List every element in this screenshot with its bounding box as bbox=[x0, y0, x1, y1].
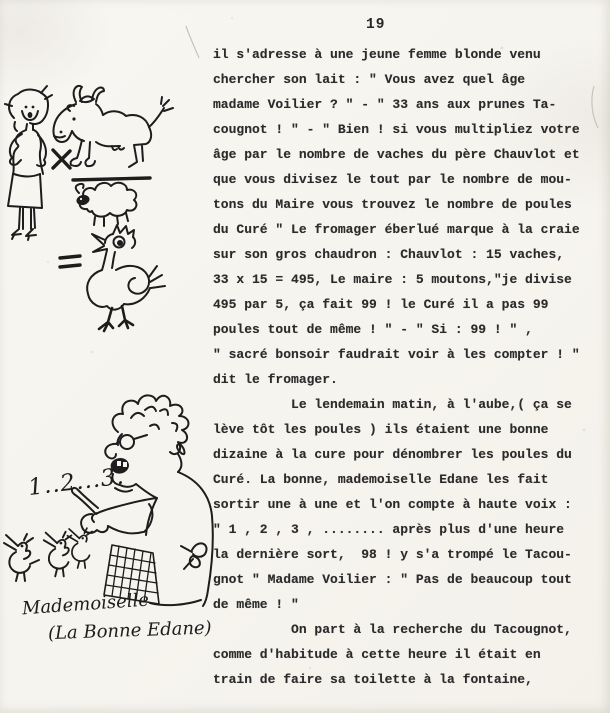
counting-drawing-illustration: 1..2...3. bbox=[0, 388, 230, 654]
caption-mademoiselle: Mademoiselle bbox=[20, 590, 149, 620]
equation-drawing-illustration bbox=[0, 82, 190, 337]
chick bbox=[44, 532, 72, 577]
caption-bonne-edane: (La Bonne Edane) bbox=[48, 617, 212, 644]
equals-sign bbox=[60, 256, 80, 267]
sheep-figure bbox=[75, 183, 136, 226]
multiply-sign bbox=[53, 150, 70, 168]
story-text: il s'adresse à une jeune femme blonde ve… bbox=[213, 42, 580, 692]
woman-figure bbox=[5, 86, 52, 240]
chick bbox=[67, 528, 92, 568]
chick bbox=[4, 534, 39, 581]
apron-bow bbox=[181, 543, 207, 569]
chicks bbox=[4, 528, 92, 581]
page-number: 19 bbox=[366, 17, 385, 33]
scanned-page: 19 il s'adresse à une jeune femme blonde… bbox=[0, 0, 610, 713]
hen-figure bbox=[87, 225, 165, 331]
cow-figure bbox=[53, 86, 173, 180]
edane-figure bbox=[72, 395, 213, 606]
